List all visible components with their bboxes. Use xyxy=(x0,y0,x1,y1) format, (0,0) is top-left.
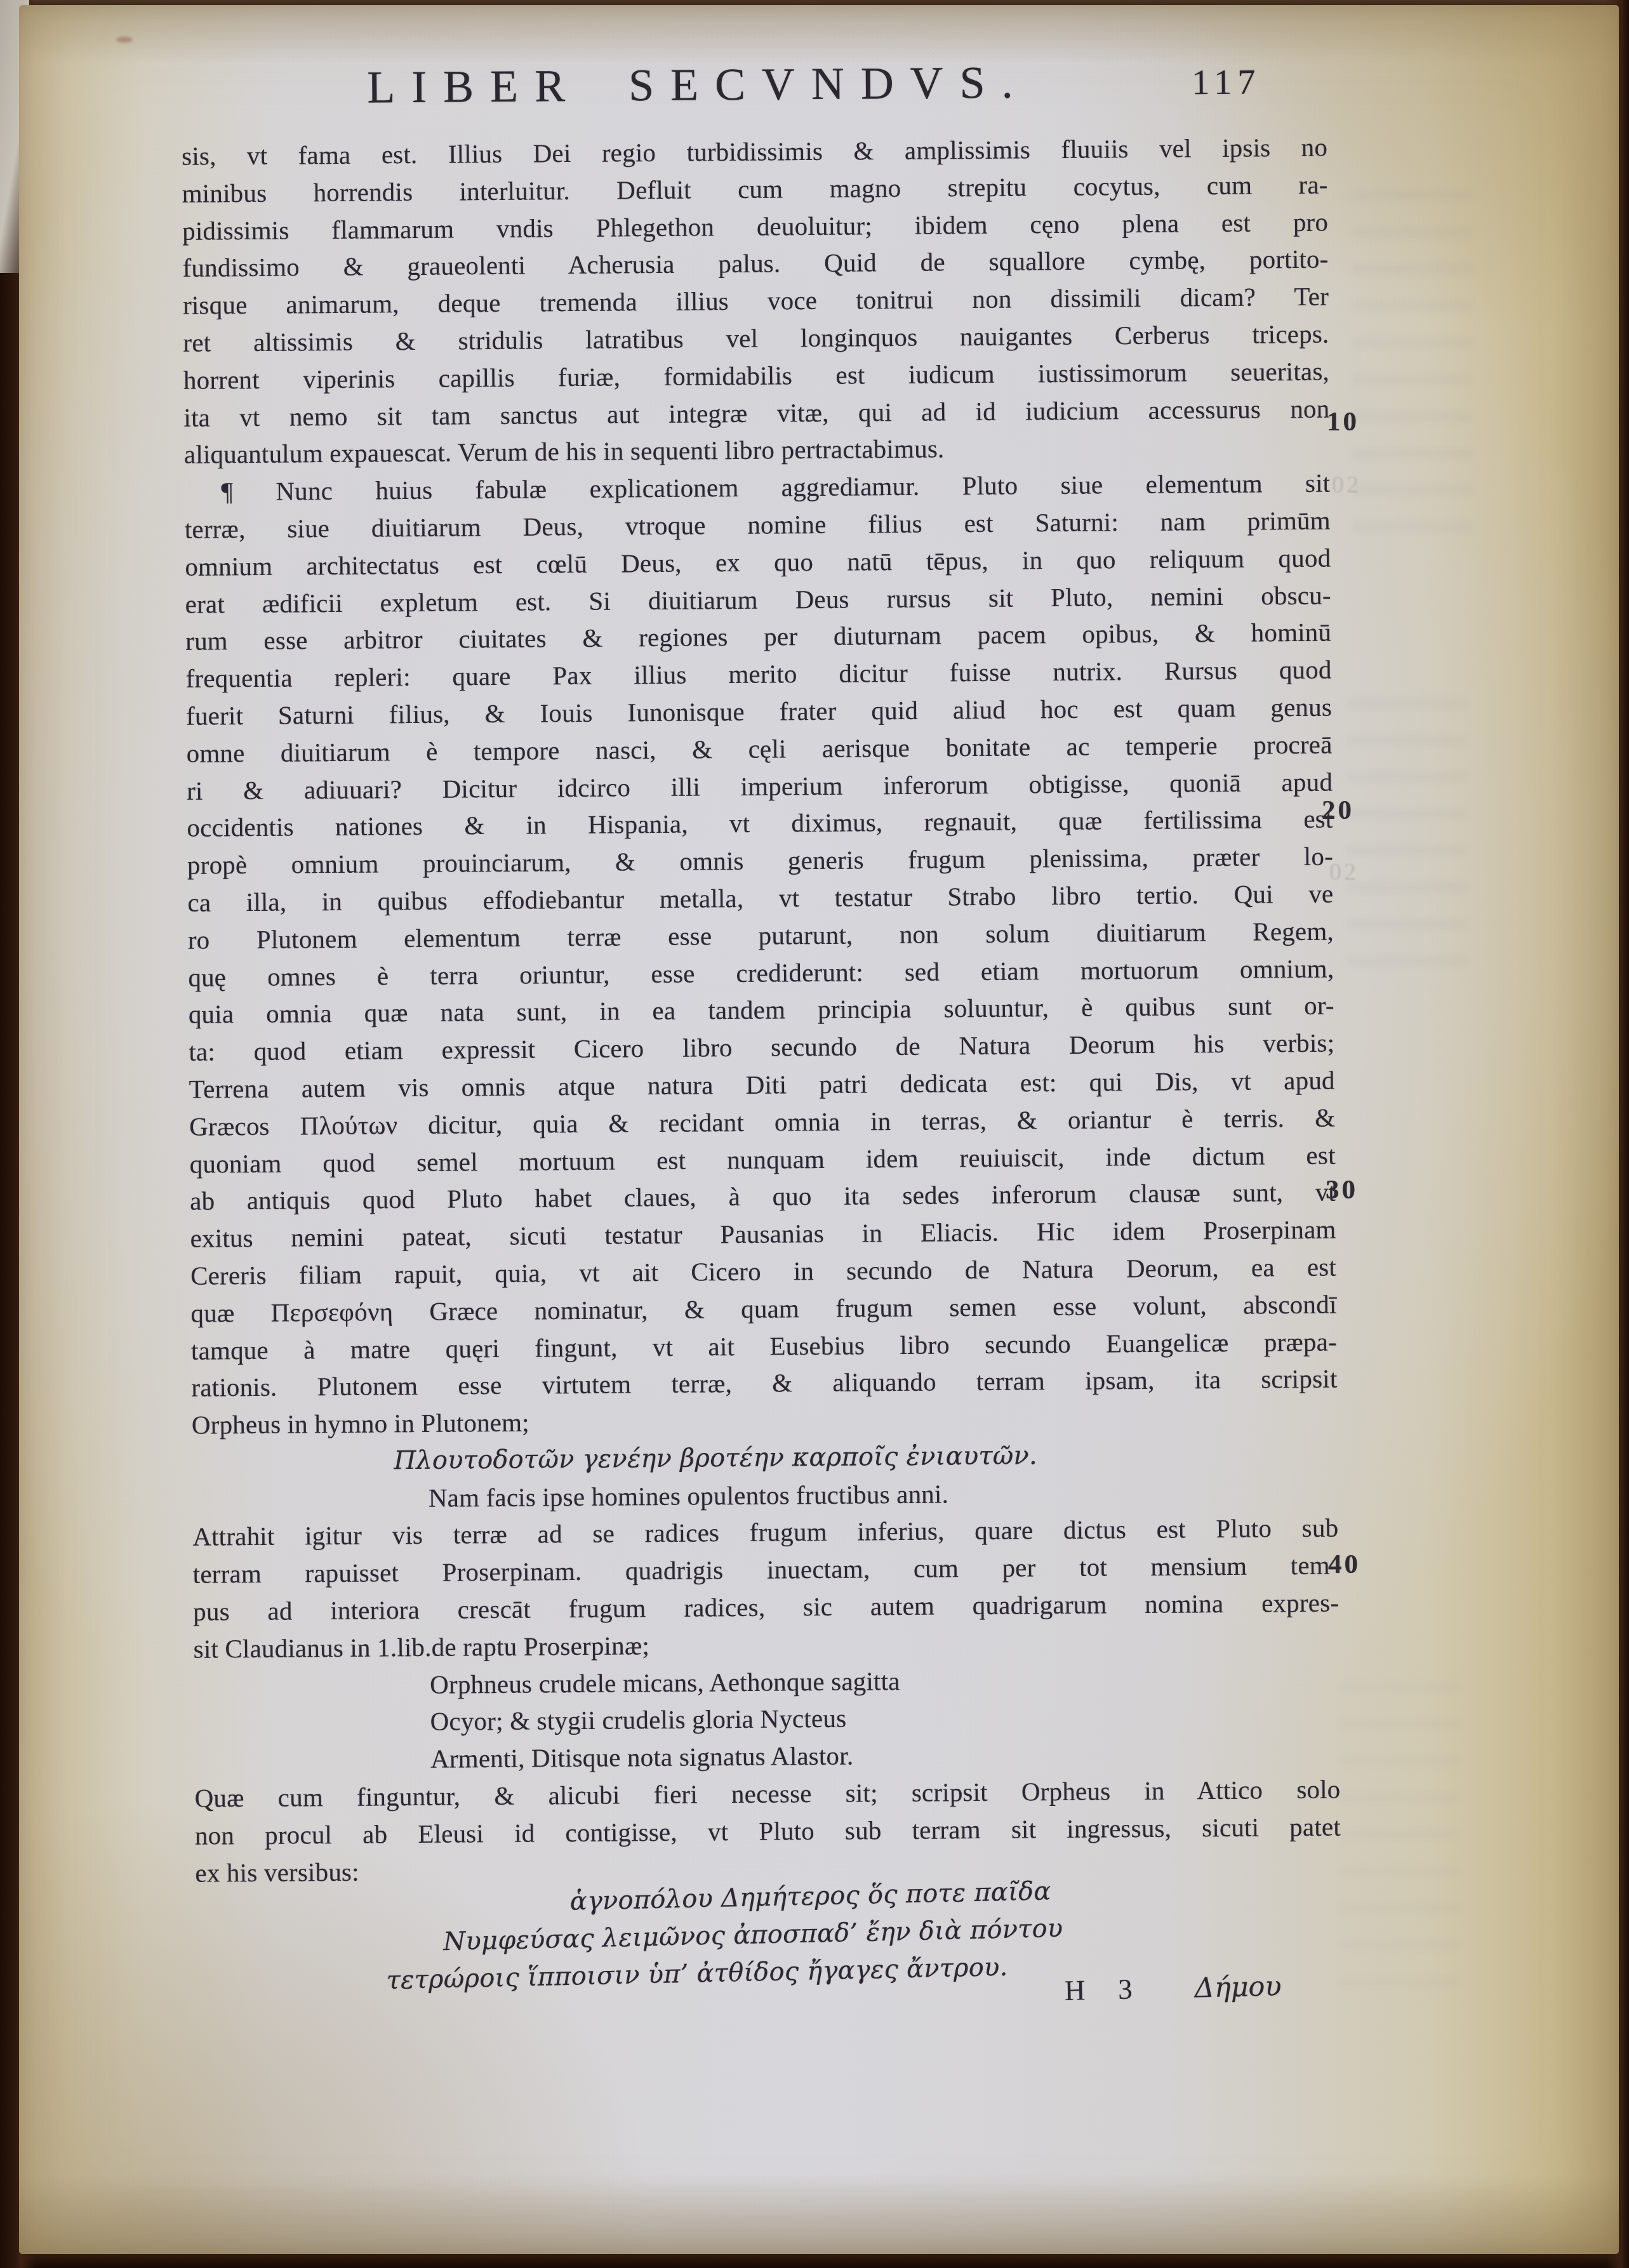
margin-line-number-40: 40 xyxy=(1328,1549,1360,1580)
gathering-mark: H xyxy=(1064,1974,1086,2006)
bleed-through xyxy=(1352,190,1473,546)
stain-spot xyxy=(116,37,133,43)
catchword: Δήμου xyxy=(1194,1970,1282,2004)
ghost-mark: 02 xyxy=(1329,858,1359,886)
bleed-through xyxy=(1346,698,1466,990)
book-page-scan: { "header": { "title": "LIBER SECVNDVS."… xyxy=(0,0,1629,2268)
ghost-mark: 02 xyxy=(1332,471,1361,499)
page-content: LIBER SECVNDVS. 117 sis, vt fama est. Il… xyxy=(181,51,1342,2028)
running-title: LIBER SECVNDVS. xyxy=(367,56,1030,114)
bleed-through xyxy=(1340,1682,1460,2012)
margin-line-number-20: 20 xyxy=(1322,795,1354,826)
body-text: sis, vt fama est. Illius Dei regio turbi… xyxy=(182,129,1342,2004)
leaf-number: 3 xyxy=(1118,1973,1133,2005)
margin-line-number-10: 10 xyxy=(1327,406,1359,437)
margin-line-number-30: 30 xyxy=(1326,1174,1358,1205)
page-header: LIBER SECVNDVS. 117 xyxy=(181,51,1327,138)
page-number: 117 xyxy=(1192,62,1261,103)
